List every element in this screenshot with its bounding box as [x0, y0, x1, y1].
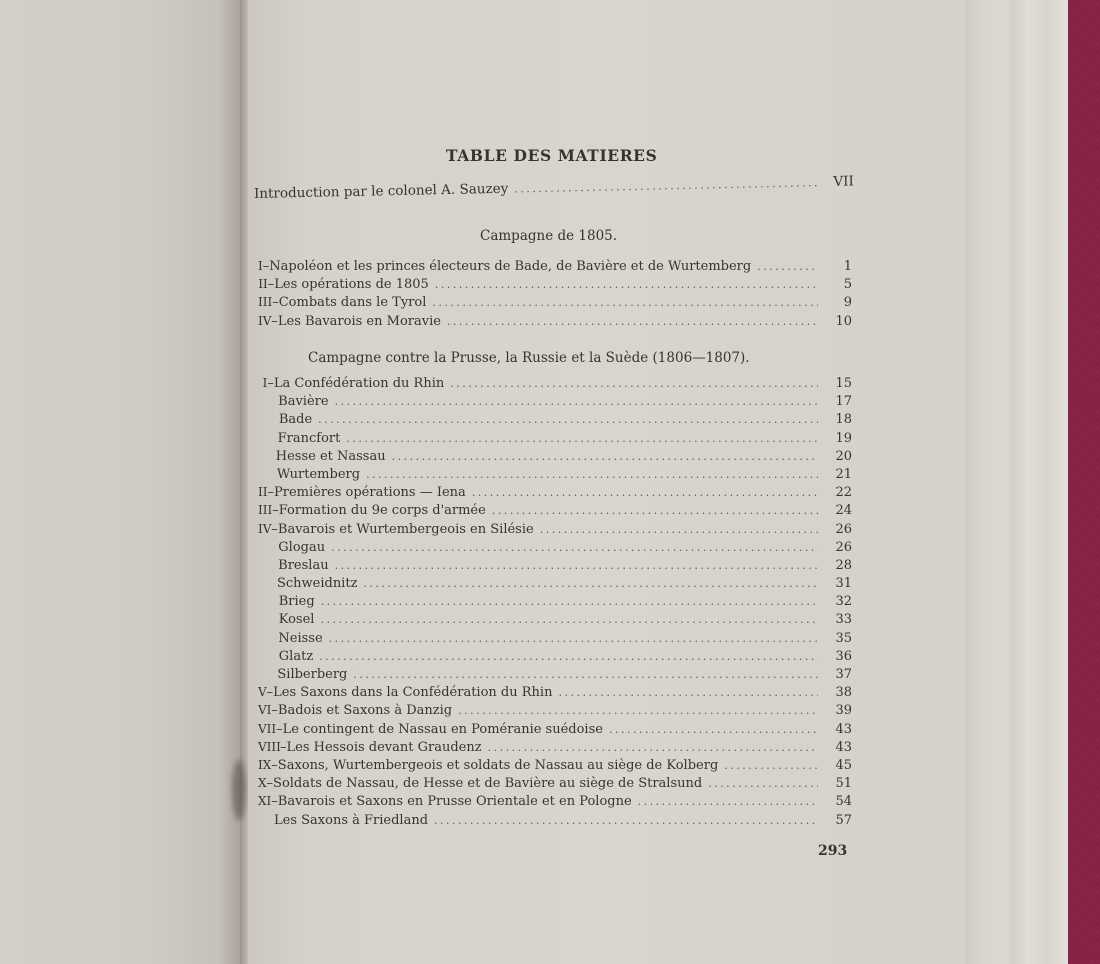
- toc-entry: VII–Le contingent de Nassau en Poméranie…: [258, 721, 852, 739]
- entry-page: 5: [824, 276, 852, 294]
- chapter-number: IV: [258, 313, 271, 331]
- entry-label: Les opérations de 1805: [274, 276, 429, 294]
- toc-entry: IX–Saxons, Wurtembergeois et soldats de …: [258, 757, 852, 775]
- toc-entry: Brieg32: [258, 593, 852, 611]
- leader-dots: [638, 793, 818, 811]
- toc-entry: V–Les Saxons dans la Confédération du Rh…: [258, 684, 852, 702]
- leader-dots: [492, 502, 818, 520]
- toc-entry: XI–Bavarois et Saxons en Prusse Oriental…: [258, 793, 852, 811]
- entry-page: 21: [824, 466, 852, 484]
- entry-label: Bavarois et Wurtembergeois en Silésie: [278, 521, 534, 539]
- leader-dots: [335, 393, 818, 411]
- section-heading-1805: Campagne de 1805.: [480, 228, 617, 244]
- chapter-number: VIII: [258, 739, 280, 757]
- entry-page: 22: [824, 484, 852, 502]
- leader-dots: [392, 448, 818, 466]
- page-edges: [965, 0, 1070, 964]
- leader-dots: [757, 258, 818, 276]
- entry-page: 26: [824, 521, 852, 539]
- entry-page: VII: [826, 173, 854, 190]
- page-title: TABLE DES MATIERES: [446, 146, 657, 165]
- entry-label: Bavarois et Saxons en Prusse Orientale e…: [278, 793, 632, 811]
- leader-dots: [329, 630, 818, 648]
- leader-dots: [724, 757, 818, 775]
- page-number: 293: [818, 843, 847, 859]
- toc-entry: Glogau26: [258, 539, 852, 557]
- entry-page: 43: [824, 721, 852, 739]
- leader-dots: [363, 575, 818, 593]
- entry-page: 28: [824, 557, 852, 575]
- leader-dots: [609, 721, 818, 739]
- chapter-number: VII: [258, 721, 276, 739]
- leader-dots: [353, 666, 818, 684]
- toc-entry: IV–Les Bavarois en Moravie10: [258, 313, 852, 331]
- entry-page: 10: [824, 313, 852, 331]
- leader-dots: [488, 739, 818, 757]
- entry-label: Napoléon et les princes électeurs de Bad…: [269, 258, 751, 276]
- book-cover: [1068, 0, 1100, 964]
- entry-label: Formation du 9e corps d'armée: [279, 502, 486, 520]
- entry-page: 35: [824, 630, 852, 648]
- chapter-number: I: [258, 375, 267, 393]
- entry-page: 37: [824, 666, 852, 684]
- leader-dots: [321, 593, 818, 611]
- entry-label: Bavière: [278, 393, 328, 411]
- toc-entry: VIII–Les Hessois devant Graudenz43: [258, 739, 852, 757]
- page-stain: [232, 760, 246, 820]
- entry-page: 45: [824, 757, 852, 775]
- entry-label: Silberberg: [277, 666, 347, 684]
- toc-entry: III–Formation du 9e corps d'armée24: [258, 502, 852, 520]
- chapter-number: II: [258, 276, 268, 294]
- entry-label: Le contingent de Nassau en Poméranie sué…: [283, 721, 603, 739]
- entry-page: 57: [824, 812, 852, 830]
- entry-label: Wurtemberg: [277, 466, 360, 484]
- entry-page: 54: [824, 793, 852, 811]
- toc-entry: II–Premières opérations — Iena22: [258, 484, 852, 502]
- entry-label: Glogau: [278, 539, 325, 557]
- toc-entry: Les Saxons à Friedland57: [258, 812, 852, 830]
- leader-dots: [318, 411, 818, 429]
- leader-dots: [320, 611, 818, 629]
- section-heading-1806: Campagne contre la Prusse, la Russie et …: [308, 350, 750, 366]
- entry-page: 17: [824, 393, 852, 411]
- toc-entry: VI–Badois et Saxons à Danzig39: [258, 702, 852, 720]
- entry-label: Les Saxons dans la Confédération du Rhin: [273, 684, 552, 702]
- leader-dots: [366, 466, 818, 484]
- left-blank-page: [0, 0, 248, 964]
- entry-label: Brieg: [279, 593, 315, 611]
- leader-dots: [435, 276, 818, 294]
- leader-dots: [708, 775, 818, 793]
- toc-section-1806: I–La Confédération du Rhin15Bavière17Bad…: [258, 375, 852, 830]
- leader-dots: [434, 812, 818, 830]
- entry-page: 1: [824, 258, 852, 276]
- chapter-number: VI: [258, 702, 271, 720]
- toc-entry: X–Soldats de Nassau, de Hesse et de Bavi…: [258, 775, 852, 793]
- entry-page: 9: [824, 294, 852, 312]
- entry-label: Neisse: [278, 630, 322, 648]
- leader-dots: [540, 521, 818, 539]
- toc-entry: III–Combats dans le Tyrol9: [258, 294, 852, 312]
- toc-entry: Bade18: [258, 411, 852, 429]
- chapter-number: X: [258, 775, 267, 793]
- leader-dots: [432, 294, 818, 312]
- entry-label: Kosel: [279, 611, 315, 629]
- entry-label: Schweidnitz: [277, 575, 357, 593]
- toc-entry: Wurtemberg21: [258, 466, 852, 484]
- entry-page: 33: [824, 611, 852, 629]
- entry-page: 31: [824, 575, 852, 593]
- entry-page: 43: [824, 739, 852, 757]
- entry-label: Hesse et Nassau: [276, 448, 386, 466]
- toc-entry: Kosel33: [258, 611, 852, 629]
- entry-label: Soldats de Nassau, de Hesse et de Bavièr…: [273, 775, 702, 793]
- entry-label: Glatz: [279, 648, 313, 666]
- entry-label: Les Bavarois en Moravie: [278, 313, 441, 331]
- entry-page: 20: [824, 448, 852, 466]
- toc-section-1805: I–Napoléon et les princes électeurs de B…: [258, 258, 852, 331]
- leader-dots: [447, 313, 818, 331]
- entry-page: 39: [824, 702, 852, 720]
- leader-dots: [472, 484, 818, 502]
- entry-page: 19: [824, 430, 852, 448]
- toc-entry: Hesse et Nassau20: [258, 448, 852, 466]
- entry-page: 18: [824, 411, 852, 429]
- chapter-number: III: [258, 294, 272, 312]
- toc-entry: Schweidnitz31: [258, 575, 852, 593]
- leader-dots: [450, 375, 818, 393]
- leader-dots: [335, 557, 818, 575]
- entry-page: 51: [824, 775, 852, 793]
- chapter-number: IV: [258, 521, 271, 539]
- entry-label: Saxons, Wurtembergeois et soldats de Nas…: [278, 757, 718, 775]
- entry-label: Badois et Saxons à Danzig: [278, 702, 452, 720]
- entry-label: Breslau: [278, 557, 328, 575]
- leader-dots: [458, 702, 818, 720]
- entry-page: 26: [824, 539, 852, 557]
- entry-label: Bade: [279, 411, 312, 429]
- toc-entry: IV–Bavarois et Wurtembergeois en Silésie…: [258, 521, 852, 539]
- chapter-number: II: [258, 484, 267, 502]
- chapter-number: III: [258, 502, 272, 520]
- toc-entry: Neisse35: [258, 630, 852, 648]
- toc-entry: Bavière17: [258, 393, 852, 411]
- chapter-number: XI: [258, 793, 271, 811]
- entry-label: Francfort: [278, 430, 341, 448]
- entry-label: Les Saxons à Friedland: [274, 812, 428, 830]
- toc-entry: Glatz36: [258, 648, 852, 666]
- toc-entry: Francfort19: [258, 430, 852, 448]
- toc-entry: I–La Confédération du Rhin15: [258, 375, 852, 393]
- entry-page: 24: [824, 502, 852, 520]
- toc-entry: Silberberg37: [258, 666, 852, 684]
- leader-dots: [331, 539, 818, 557]
- entry-label: Les Hessois devant Graudenz: [287, 739, 482, 757]
- entry-page: 32: [824, 593, 852, 611]
- leader-dots: [346, 430, 818, 448]
- entry-label: Combats dans le Tyrol: [279, 294, 427, 312]
- entry-page: 38: [824, 684, 852, 702]
- toc-entry: I–Napoléon et les princes électeurs de B…: [258, 258, 852, 276]
- chapter-number: IX: [258, 757, 271, 775]
- toc-entry: II–Les opérations de 18055: [258, 276, 852, 294]
- toc-entry: Breslau28: [258, 557, 852, 575]
- leader-dots: [558, 684, 818, 702]
- entry-page: 15: [824, 375, 852, 393]
- chapter-number: V: [258, 684, 267, 702]
- entry-page: 36: [824, 648, 852, 666]
- entry-label: La Confédération du Rhin: [274, 375, 444, 393]
- leader-dots: [319, 648, 818, 666]
- entry-label: Premières opérations — Iena: [274, 484, 466, 502]
